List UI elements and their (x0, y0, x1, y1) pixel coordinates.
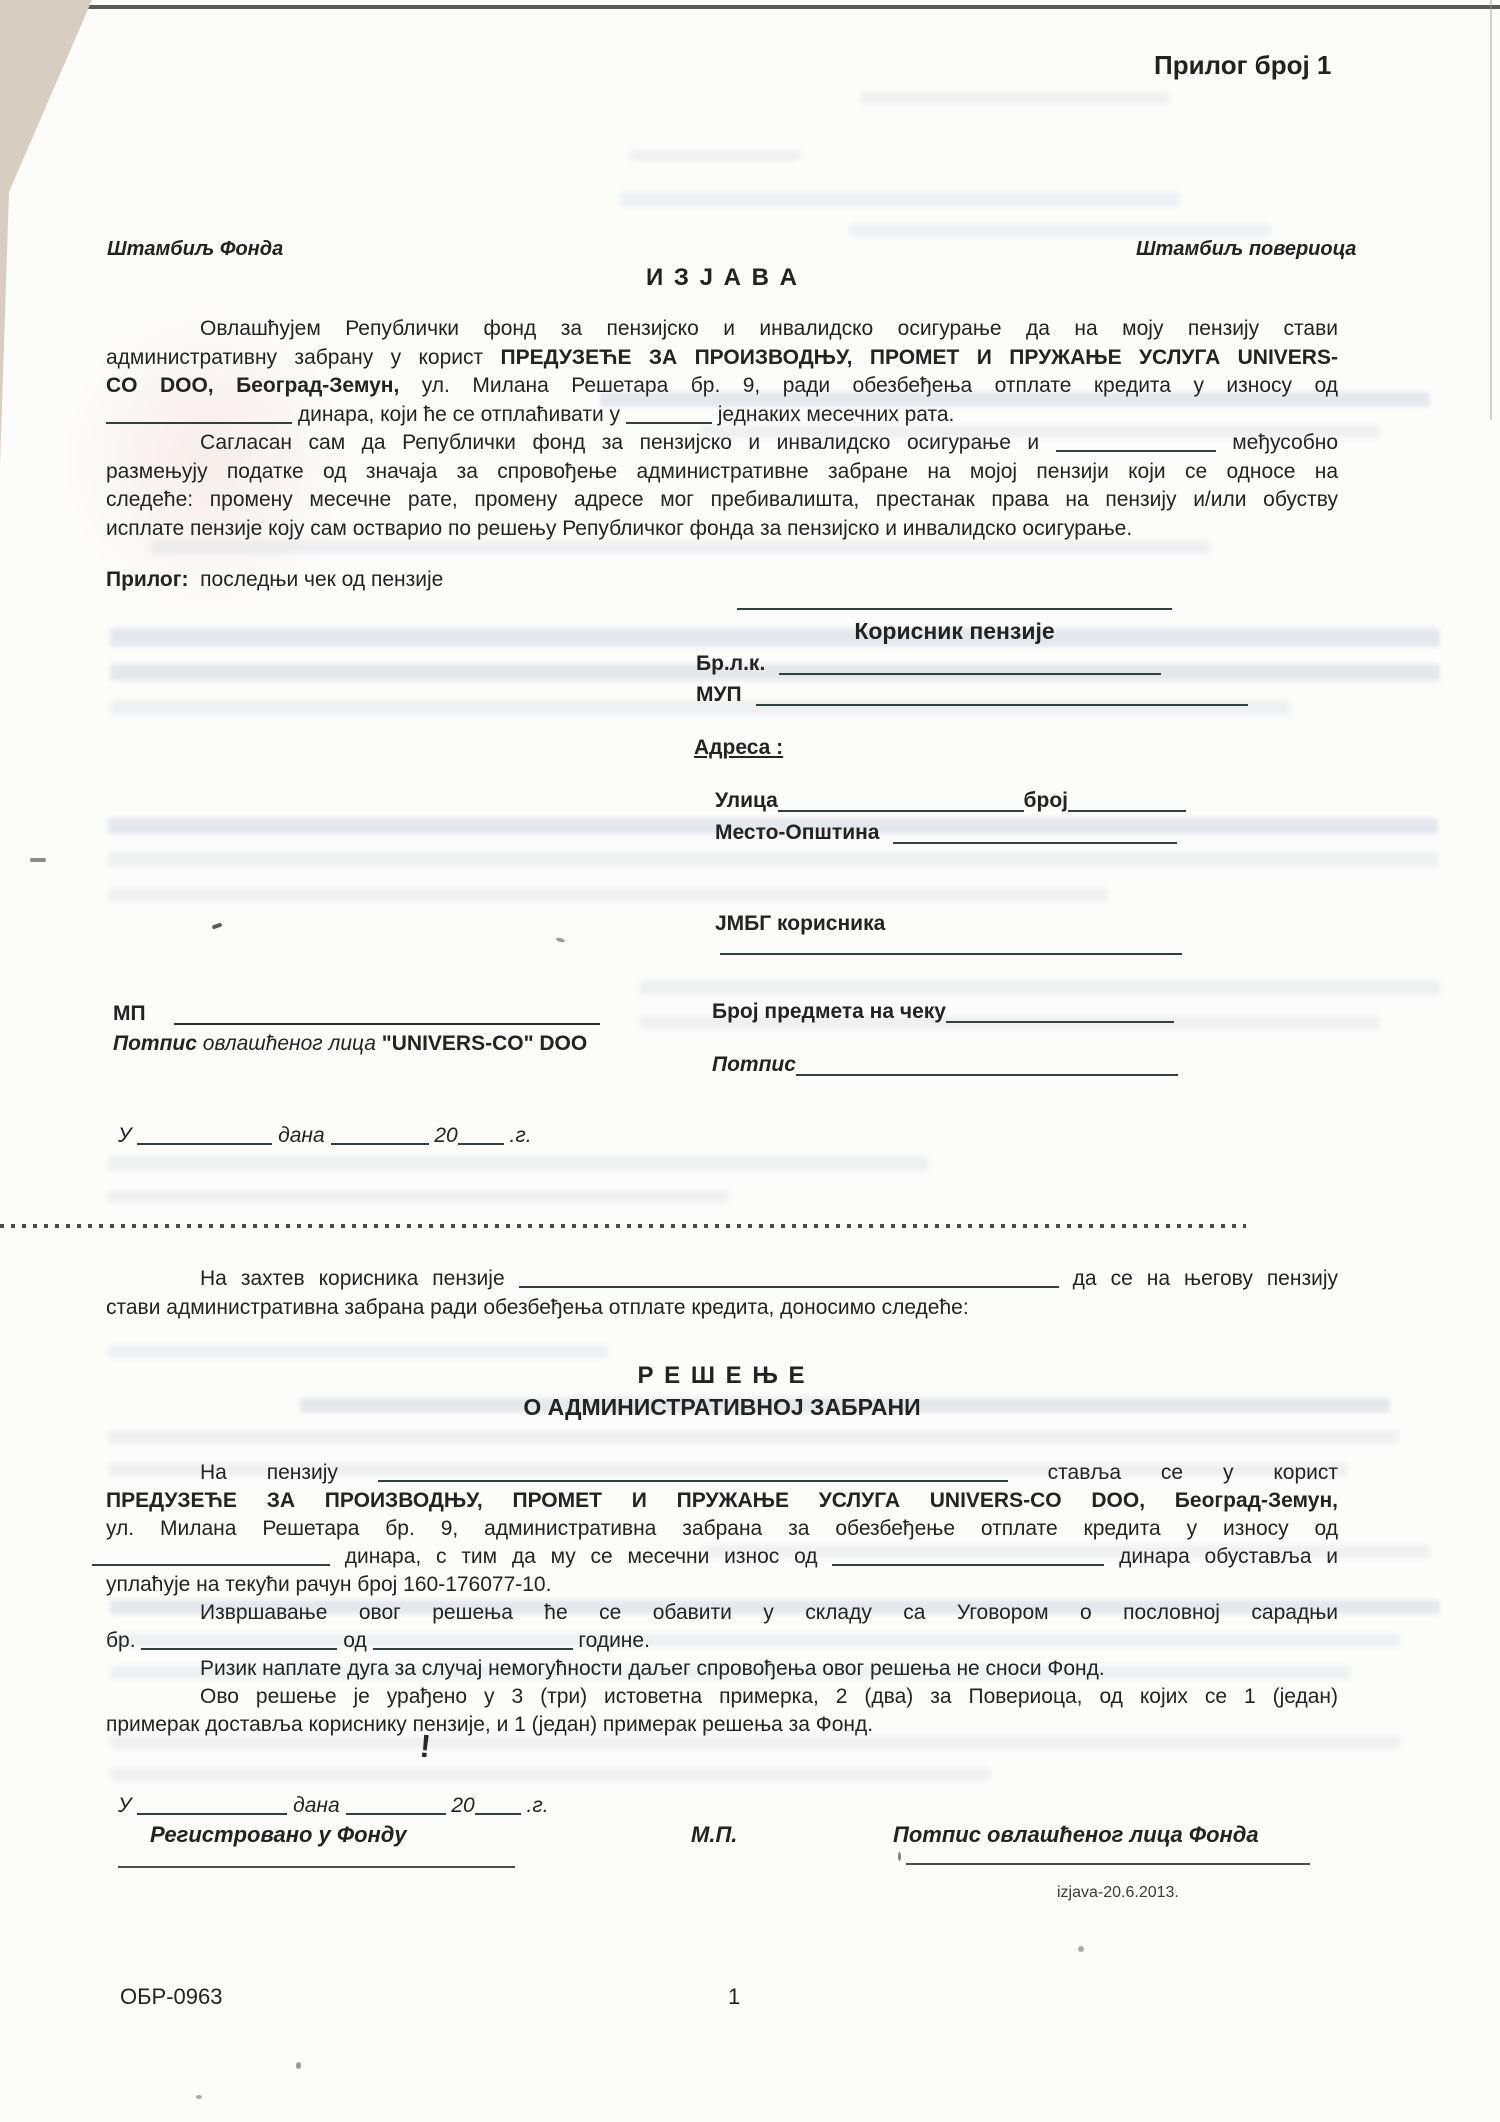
scan-speck (30, 858, 46, 862)
bleedthrough-text (108, 888, 1108, 901)
statement-text: следеће: промену месечне рате, промену а… (106, 488, 1338, 511)
decision-line: динара, с тим да му се месечни износ од … (106, 1543, 1338, 1571)
cut-line-separator (0, 1224, 1246, 1228)
decision-intro-line: стави административна забрана ради обезб… (106, 1293, 1338, 1322)
decision-line: ул. Милана Решетара бр. 9, административ… (106, 1515, 1338, 1543)
day-blank (346, 1797, 446, 1815)
decision-line: На пензију ставља се у корист (106, 1459, 1338, 1487)
place-date-row-statement: У дана 20 .г. (118, 1122, 532, 1151)
beneficiary-heading: Корисник пензије (737, 617, 1172, 646)
page-corner-fold (0, 0, 100, 480)
statement-line: административну забрану у корист ПРЕДУЗЕ… (106, 344, 1338, 373)
police-blank (756, 688, 1248, 706)
pensioner-name-blank (378, 1464, 1008, 1482)
statement-line: Овлашћујем Републички фонд за пензијско … (106, 315, 1338, 344)
street-number-label: број (1024, 787, 1068, 816)
decision-text: динара обуставља и (1119, 1545, 1338, 1568)
decision-text: Ово решење је урађено у 3 (три) истоветн… (200, 1685, 1338, 1708)
statement-text: исплате пензије коју сам остварио по реш… (106, 517, 1132, 540)
address-heading: Адреса : (694, 734, 783, 763)
street-row: Улица број (715, 787, 1186, 816)
form-version-note: izjava-20.6.2013. (1057, 1884, 1179, 1902)
contract-date-blank (373, 1632, 573, 1650)
police-row: МУП (696, 681, 1248, 710)
statement-line: Сагласан сам да Републички фонд за пензи… (106, 429, 1338, 458)
document-title: И З Ј А В А (0, 264, 1445, 292)
installments-count-blank (626, 406, 712, 424)
decision-line: Ризик наплате дуга за случај немогућност… (106, 1655, 1338, 1683)
place-blank (137, 1797, 287, 1815)
scan-speck (212, 922, 223, 929)
statement-line: динара, који ће се отплаћивати у једнаки… (106, 401, 1338, 430)
decision-title: Р Е Ш Е Њ Е (106, 1360, 1338, 1391)
credit-amount-blank (92, 1548, 330, 1566)
jmbg-blank (720, 953, 1182, 955)
bleedthrough-text (620, 192, 1180, 207)
year-prefix: 20 (434, 1124, 457, 1147)
decision-text: примерак доставља кориснику пензије, и 1… (106, 1713, 873, 1736)
bleedthrough-text (108, 852, 1438, 867)
year-blank (475, 1797, 521, 1815)
police-label: МУП (696, 681, 742, 710)
monthly-amount-blank (832, 1548, 1104, 1566)
decision-section: На захтев корисника пензије да се на њег… (106, 1264, 1338, 1739)
fund-registration-signature-line (118, 1866, 515, 1868)
scan-speck (296, 2062, 301, 2069)
street-number-blank (1068, 794, 1186, 812)
mp-blank (174, 1007, 600, 1025)
contract-number-blank (141, 1632, 337, 1650)
decision-body: На пензију ставља се у корист ПРЕДУЗЕЋЕ … (106, 1459, 1338, 1739)
bleedthrough-text (110, 1768, 990, 1781)
signer-company-name: "UNIVERS-CO" DOO (382, 1032, 587, 1055)
statement-text: међусобно (1232, 431, 1338, 454)
statement-line: размењују податке од значаја за спровође… (106, 458, 1338, 487)
statement-line: следеће: промену месечне рате, промену а… (106, 486, 1338, 515)
statement-text: једнаких месечних рата. (718, 403, 955, 426)
year-prefix: 20 (451, 1794, 474, 1817)
fund-signature-label: Потпис овлашћеног лица Фонда (893, 1822, 1259, 1848)
day-label: дана (293, 1794, 340, 1817)
scan-top-edge (54, 5, 1500, 9)
beneficiary-signature-blank (796, 1058, 1178, 1076)
decision-text: године. (578, 1629, 650, 1652)
page-number: 1 (728, 1984, 740, 2010)
beneficiary-signature-line (737, 608, 1172, 610)
statement-paragraph-1: Овлашћујем Републички фонд за пензијско … (106, 315, 1338, 429)
statement-line: исплате пензије коју сам остварио по реш… (106, 515, 1338, 544)
check-case-blank (946, 1005, 1174, 1023)
id-card-label: Бр.л.к. (696, 650, 765, 679)
decision-text: динара, с тим да му се месечни износ од (345, 1545, 818, 1568)
decision-text: бр. (106, 1629, 136, 1652)
decision-text: ставља се у корист (1048, 1461, 1338, 1484)
place-blank (137, 1127, 272, 1145)
jmbg-label: ЈМБГ корисника (715, 910, 885, 939)
mp-row: МП (113, 1000, 600, 1029)
bleedthrough-text (640, 980, 1440, 995)
decision-line: ПРЕДУЗЕЋЕ ЗА ПРОИЗВОДЊУ, ПРОМЕТ И ПРУЖАЊ… (106, 1487, 1338, 1515)
decision-text: Ризик наплате дуга за случај немогућност… (200, 1657, 1105, 1680)
statement-text: Сагласан сам да Републички фонд за пензи… (200, 431, 1039, 454)
statement-text: Овлашћујем Републички фонд за пензијско … (200, 317, 1338, 340)
beneficiary-name-blank (519, 1270, 1059, 1288)
seal-label: М.П. (691, 1822, 737, 1848)
municipality-blank (893, 826, 1177, 844)
check-case-row: Број предмета на чеку (712, 998, 1174, 1027)
stamp-left-label: Штамбиљ Фонда (107, 238, 283, 261)
bleedthrough-text (630, 150, 800, 161)
scan-speck (898, 1852, 901, 1861)
decision-text: ул. Милана Решетара бр. 9, административ… (106, 1517, 1338, 1540)
creditor-company-name: ПРЕДУЗЕЋЕ ЗА ПРОИЗВОДЊУ, ПРОМЕТ И ПРУЖАЊ… (106, 1489, 1338, 1512)
scan-right-edge (1490, 0, 1492, 420)
year-suffix: .г. (510, 1124, 532, 1147)
bleedthrough-text (850, 224, 1270, 237)
statement-text: размењују податке од значаја за спровође… (106, 460, 1338, 483)
day-blank (331, 1127, 429, 1145)
check-case-label: Број предмета на чеку (712, 998, 946, 1027)
statement-line: CO DOO, Београд-Земун, ул. Милана Решета… (106, 372, 1338, 401)
decision-line: Извршавање овог решења ће се обавити у с… (106, 1599, 1338, 1627)
stamp-right-label: Штамбиљ повериоца (1136, 238, 1356, 261)
fund-signer-signature-line (906, 1863, 1310, 1865)
scan-speck (1078, 1946, 1084, 1952)
bleedthrough-text (108, 1190, 728, 1203)
decision-line: бр. од године. (106, 1627, 1338, 1655)
statement-text: административну забрану у корист (106, 346, 483, 369)
signer-signature-label: Потпис (113, 1032, 197, 1055)
year-suffix: .г. (527, 1794, 549, 1817)
beneficiary-signature-row: Потпис (712, 1051, 1178, 1080)
statement-text: динара, који ће се отплаћивати у (298, 403, 620, 426)
statement-text: ул. Милана Решетара бр. 9, ради обезбеђе… (422, 374, 1338, 397)
statement-paragraph-2: Сагласан сам да Републички фонд за пензи… (106, 429, 1338, 543)
beneficiary-signature-label: Потпис (712, 1051, 796, 1080)
decision-text: да се на његову пензију (1073, 1267, 1338, 1290)
authorized-signer-row: Потпис овлашћеног лица "UNIVERS-CO" DOO (113, 1030, 587, 1059)
mp-label: МП (113, 1000, 146, 1029)
attachment-note: Прилог: последњи чек од пензије (106, 566, 443, 595)
decision-subtitle: О АДМИНИСТРАТИВНОЈ ЗАБРАНИ (106, 1391, 1338, 1423)
place-label: У (118, 1794, 131, 1817)
credit-amount-blank (106, 406, 292, 424)
place-date-row-decision: У дана 20 .г. (118, 1792, 549, 1821)
decision-text: На захтев корисника пензије (200, 1267, 505, 1290)
street-label: Улица (715, 787, 778, 816)
scan-speck (556, 937, 566, 943)
creditor-company-name: CO DOO, Београд-Земун, (106, 374, 399, 397)
scan-speck (196, 2095, 202, 2099)
scanned-document-page: Прилог број 1 Штамбиљ Фонда Штамбиљ пове… (0, 0, 1500, 2122)
street-blank (778, 794, 1024, 812)
attachment-number: Прилог број 1 (1154, 50, 1331, 81)
id-card-row: Бр.л.к. (696, 650, 1161, 679)
place-label: У (118, 1124, 131, 1147)
bleedthrough-text (108, 1156, 928, 1171)
year-blank (458, 1127, 504, 1145)
account-number-text: уплаћује на текући рачун број 160-176077… (106, 1573, 551, 1596)
decision-intro-line: На захтев корисника пензије да се на њег… (106, 1264, 1338, 1293)
bleedthrough-text (860, 92, 1170, 104)
decision-text: На пензију (200, 1461, 338, 1484)
creditor-company-name: ПРЕДУЗЕЋЕ ЗА ПРОИЗВОДЊУ, ПРОМЕТ И ПРУЖАЊ… (501, 346, 1338, 369)
decision-line: уплаћује на текући рачун број 160-176077… (106, 1571, 1338, 1599)
decision-line: примерак доставља кориснику пензије, и 1… (106, 1711, 1338, 1739)
decision-text: Извршавање овог решења ће се обавити у с… (200, 1601, 1338, 1624)
creditor-name-blank (1056, 434, 1216, 452)
decision-text: од (343, 1629, 366, 1652)
attachment-note-label: Прилог: (106, 568, 188, 591)
registered-at-fund-label: Регистровано у Фонду (150, 1822, 407, 1848)
attachment-note-value: последњи чек од пензије (200, 568, 443, 591)
municipality-row: Место-Општина (715, 819, 1177, 848)
day-label: дана (278, 1124, 325, 1147)
form-code: ОБР-0963 (120, 1984, 223, 2010)
signer-signature-mid: овлашћеног лица (203, 1032, 376, 1055)
decision-line: Ово решење је урађено у 3 (три) истоветн… (106, 1683, 1338, 1711)
id-card-blank (779, 657, 1161, 675)
decision-text: стави административна забрана ради обезб… (106, 1296, 969, 1319)
municipality-label: Место-Општина (715, 819, 879, 848)
